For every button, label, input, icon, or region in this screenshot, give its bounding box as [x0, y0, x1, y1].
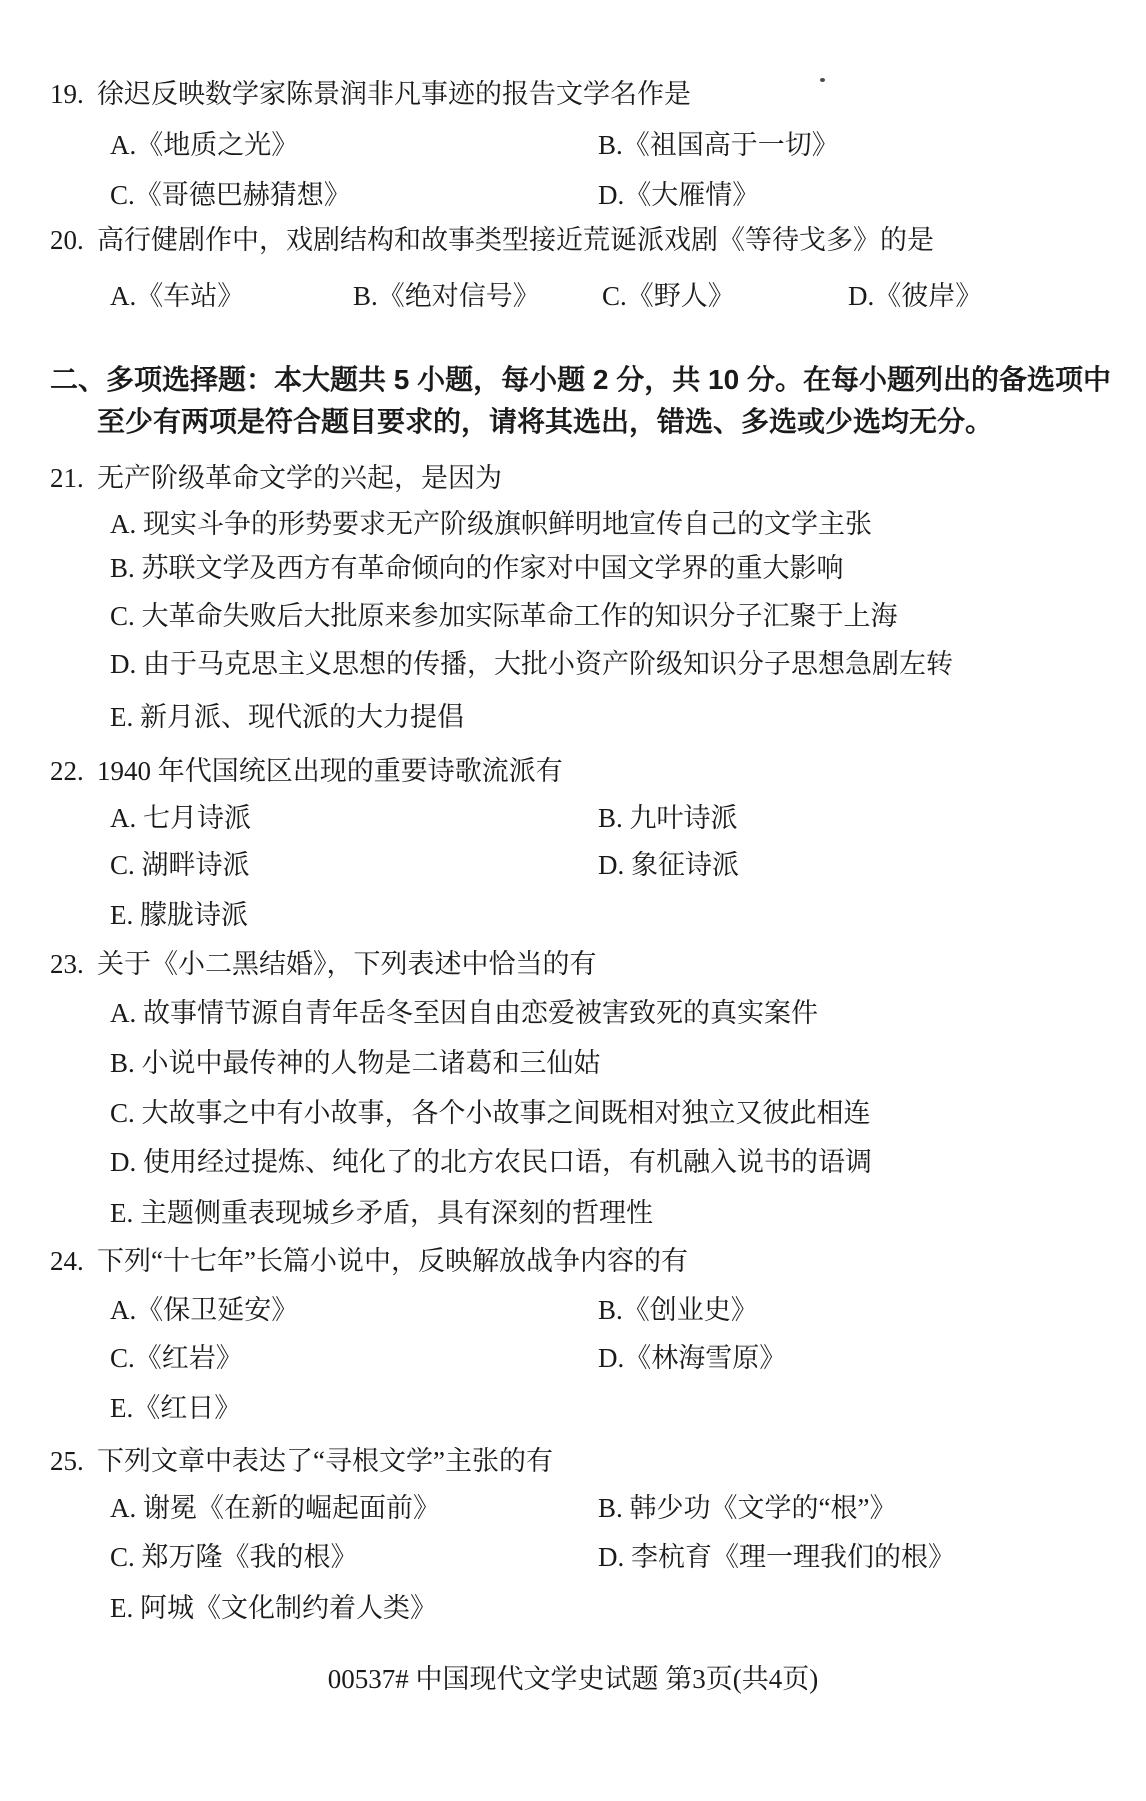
question-21-number: 21.	[50, 463, 97, 494]
option-24-b: B.《创业史》	[598, 1288, 758, 1327]
question-24-stem: 下列“十七年”长篇小说中，反映解放战争内容的有	[97, 1246, 688, 1276]
option-19-a: A.《地质之光》	[110, 123, 298, 162]
question-23-option-row-b: B. 小说中最传神的人物是二诸葛和三仙姑	[0, 1041, 1146, 1077]
option-24-d: D.《林海雪原》	[598, 1336, 786, 1375]
option-25-a: A. 谢冕《在新的崛起面前》	[110, 1486, 440, 1525]
question-19-number: 19.	[50, 79, 97, 110]
scan-speck	[820, 78, 825, 82]
question-21-option-row-d: D. 由于马克思主义思想的传播，大批小资产阶级知识分子思想急剧左转	[0, 642, 1146, 678]
question-20-options-row: A.《车站》 B.《绝对信号》 C.《野人》 D.《彼岸》	[0, 274, 1146, 310]
option-20-a: A.《车站》	[110, 274, 244, 313]
question-20: 20.高行健剧作中，戏剧结构和故事类型接近荒诞派戏剧《等待戈多》的是	[50, 218, 934, 257]
question-21-option-row-b: B. 苏联文学及西方有革命倾向的作家对中国文学界的重大影响	[0, 546, 1146, 582]
question-21-option-row-a: A. 现实斗争的形势要求无产阶级旗帜鲜明地宣传自己的文学主张	[0, 502, 1146, 538]
question-24-number: 24.	[50, 1246, 97, 1277]
option-25-d: D. 李杭育《理一理我们的根》	[598, 1535, 955, 1574]
question-21-stem: 无产阶级革命文学的兴起，是因为	[97, 463, 502, 493]
option-23-d: D. 使用经过提炼、纯化了的北方农民口语，有机融入说书的语调	[110, 1140, 872, 1179]
option-20-c: C.《野人》	[602, 274, 735, 313]
option-19-b: B.《祖国高于一切》	[598, 123, 839, 162]
question-21: 21.无产阶级革命文学的兴起，是因为	[50, 456, 502, 495]
option-22-a: A. 七月诗派	[110, 796, 251, 835]
exam-paper-page: 19.徐迟反映数学家陈景润非凡事迹的报告文学名作是 A.《地质之光》 B.《祖国…	[0, 0, 1146, 1801]
option-19-c: C.《哥德巴赫猜想》	[110, 173, 351, 212]
option-22-c: C. 湖畔诗派	[110, 843, 250, 882]
section-2-title: 多项选择题：本大题共 5 小题，每小题 2 分，共 10 分。在每小题列出的备选…	[106, 364, 1111, 395]
option-24-c: C.《红岩》	[110, 1336, 243, 1375]
option-25-c: C. 郑万隆《我的根》	[110, 1535, 358, 1574]
question-23-number: 23.	[50, 949, 97, 980]
question-24-options-row-1: A.《保卫延安》 B.《创业史》	[0, 1288, 1146, 1324]
question-23-option-row-c: C. 大故事之中有小故事，各个小故事之间既相对独立又彼此相连	[0, 1091, 1146, 1127]
question-20-number: 20.	[50, 225, 97, 256]
option-23-b: B. 小说中最传神的人物是二诸葛和三仙姑	[110, 1041, 601, 1080]
option-22-d: D. 象征诗派	[598, 843, 739, 882]
option-21-b: B. 苏联文学及西方有革命倾向的作家对中国文学界的重大影响	[110, 546, 844, 585]
option-21-e: E. 新月派、现代派的大力提倡	[110, 695, 464, 734]
option-24-e: E.《红日》	[110, 1386, 241, 1425]
question-22: 22.1940 年代国统区出现的重要诗歌流派有	[50, 749, 563, 788]
option-21-a: A. 现实斗争的形势要求无产阶级旗帜鲜明地宣传自己的文学主张	[110, 502, 872, 541]
page-footer: 00537# 中国现代文学史试题 第3页(共4页)	[0, 1657, 1146, 1696]
section-2-header-line-2: 至少有两项是符合题目要求的，请将其选出，错选、多选或少选均无分。	[97, 400, 993, 440]
question-23-option-row-d: D. 使用经过提炼、纯化了的北方农民口语，有机融入说书的语调	[0, 1140, 1146, 1176]
option-24-a: A.《保卫延安》	[110, 1288, 298, 1327]
question-22-number: 22.	[50, 756, 97, 787]
option-22-b: B. 九叶诗派	[598, 796, 738, 835]
question-25-options-row-3: E. 阿城《文化制约着人类》	[0, 1586, 1146, 1622]
section-2-title-continued: 至少有两项是符合题目要求的，请将其选出，错选、多选或少选均无分。	[97, 406, 993, 437]
option-25-e: E. 阿城《文化制约着人类》	[110, 1586, 437, 1625]
question-25-stem: 下列文章中表达了“寻根文学”主张的有	[97, 1446, 553, 1476]
question-21-option-row-c: C. 大革命失败后大批原来参加实际革命工作的知识分子汇聚于上海	[0, 594, 1146, 630]
question-22-options-row-1: A. 七月诗派 B. 九叶诗派	[0, 796, 1146, 832]
question-22-options-row-2: C. 湖畔诗派 D. 象征诗派	[0, 843, 1146, 879]
question-24-options-row-3: E.《红日》	[0, 1386, 1146, 1422]
question-23-option-row-a: A. 故事情节源自青年岳冬至因自由恋爱被害致死的真实案件	[0, 991, 1146, 1027]
question-25-options-row-1: A. 谢冕《在新的崛起面前》 B. 韩少功《文学的“根”》	[0, 1486, 1146, 1522]
question-20-stem: 高行健剧作中，戏剧结构和故事类型接近荒诞派戏剧《等待戈多》的是	[97, 225, 934, 255]
question-19: 19.徐迟反映数学家陈景润非凡事迹的报告文学名作是	[50, 72, 691, 111]
question-24-options-row-2: C.《红岩》 D.《林海雪原》	[0, 1336, 1146, 1372]
option-20-b: B.《绝对信号》	[353, 274, 540, 313]
question-23-stem: 关于《小二黑结婚》，下列表述中恰当的有	[97, 949, 597, 979]
option-23-e: E. 主题侧重表现城乡矛盾，具有深刻的哲理性	[110, 1191, 653, 1230]
section-2-header-line-1: 二、多项选择题：本大题共 5 小题，每小题 2 分，共 10 分。在每小题列出的…	[50, 358, 1111, 398]
question-25-number: 25.	[50, 1446, 97, 1477]
option-19-d: D.《大雁情》	[598, 173, 759, 212]
question-25: 25.下列文章中表达了“寻根文学”主张的有	[50, 1439, 553, 1478]
question-19-options-row-2: C.《哥德巴赫猜想》 D.《大雁情》	[0, 173, 1146, 209]
question-23: 23.关于《小二黑结婚》，下列表述中恰当的有	[50, 942, 597, 981]
question-23-option-row-e: E. 主题侧重表现城乡矛盾，具有深刻的哲理性	[0, 1191, 1146, 1227]
option-23-a: A. 故事情节源自青年岳冬至因自由恋爱被害致死的真实案件	[110, 991, 818, 1030]
question-25-options-row-2: C. 郑万隆《我的根》 D. 李杭育《理一理我们的根》	[0, 1535, 1146, 1571]
question-21-option-row-e: E. 新月派、现代派的大力提倡	[0, 695, 1146, 731]
question-22-stem: 1940 年代国统区出现的重要诗歌流派有	[97, 756, 563, 786]
option-25-b: B. 韩少功《文学的“根”》	[598, 1486, 896, 1525]
option-23-c: C. 大故事之中有小故事，各个小故事之间既相对独立又彼此相连	[110, 1091, 871, 1130]
option-21-c: C. 大革命失败后大批原来参加实际革命工作的知识分子汇聚于上海	[110, 594, 898, 633]
section-2-number: 二、	[50, 358, 106, 398]
question-24: 24.下列“十七年”长篇小说中，反映解放战争内容的有	[50, 1239, 688, 1278]
question-19-stem: 徐迟反映数学家陈景润非凡事迹的报告文学名作是	[97, 79, 691, 109]
option-22-e: E. 朦胧诗派	[110, 893, 248, 932]
question-22-options-row-3: E. 朦胧诗派	[0, 893, 1146, 929]
question-19-options-row-1: A.《地质之光》 B.《祖国高于一切》	[0, 123, 1146, 159]
option-21-d: D. 由于马克思主义思想的传播，大批小资产阶级知识分子思想急剧左转	[110, 642, 953, 681]
option-20-d: D.《彼岸》	[848, 274, 982, 313]
